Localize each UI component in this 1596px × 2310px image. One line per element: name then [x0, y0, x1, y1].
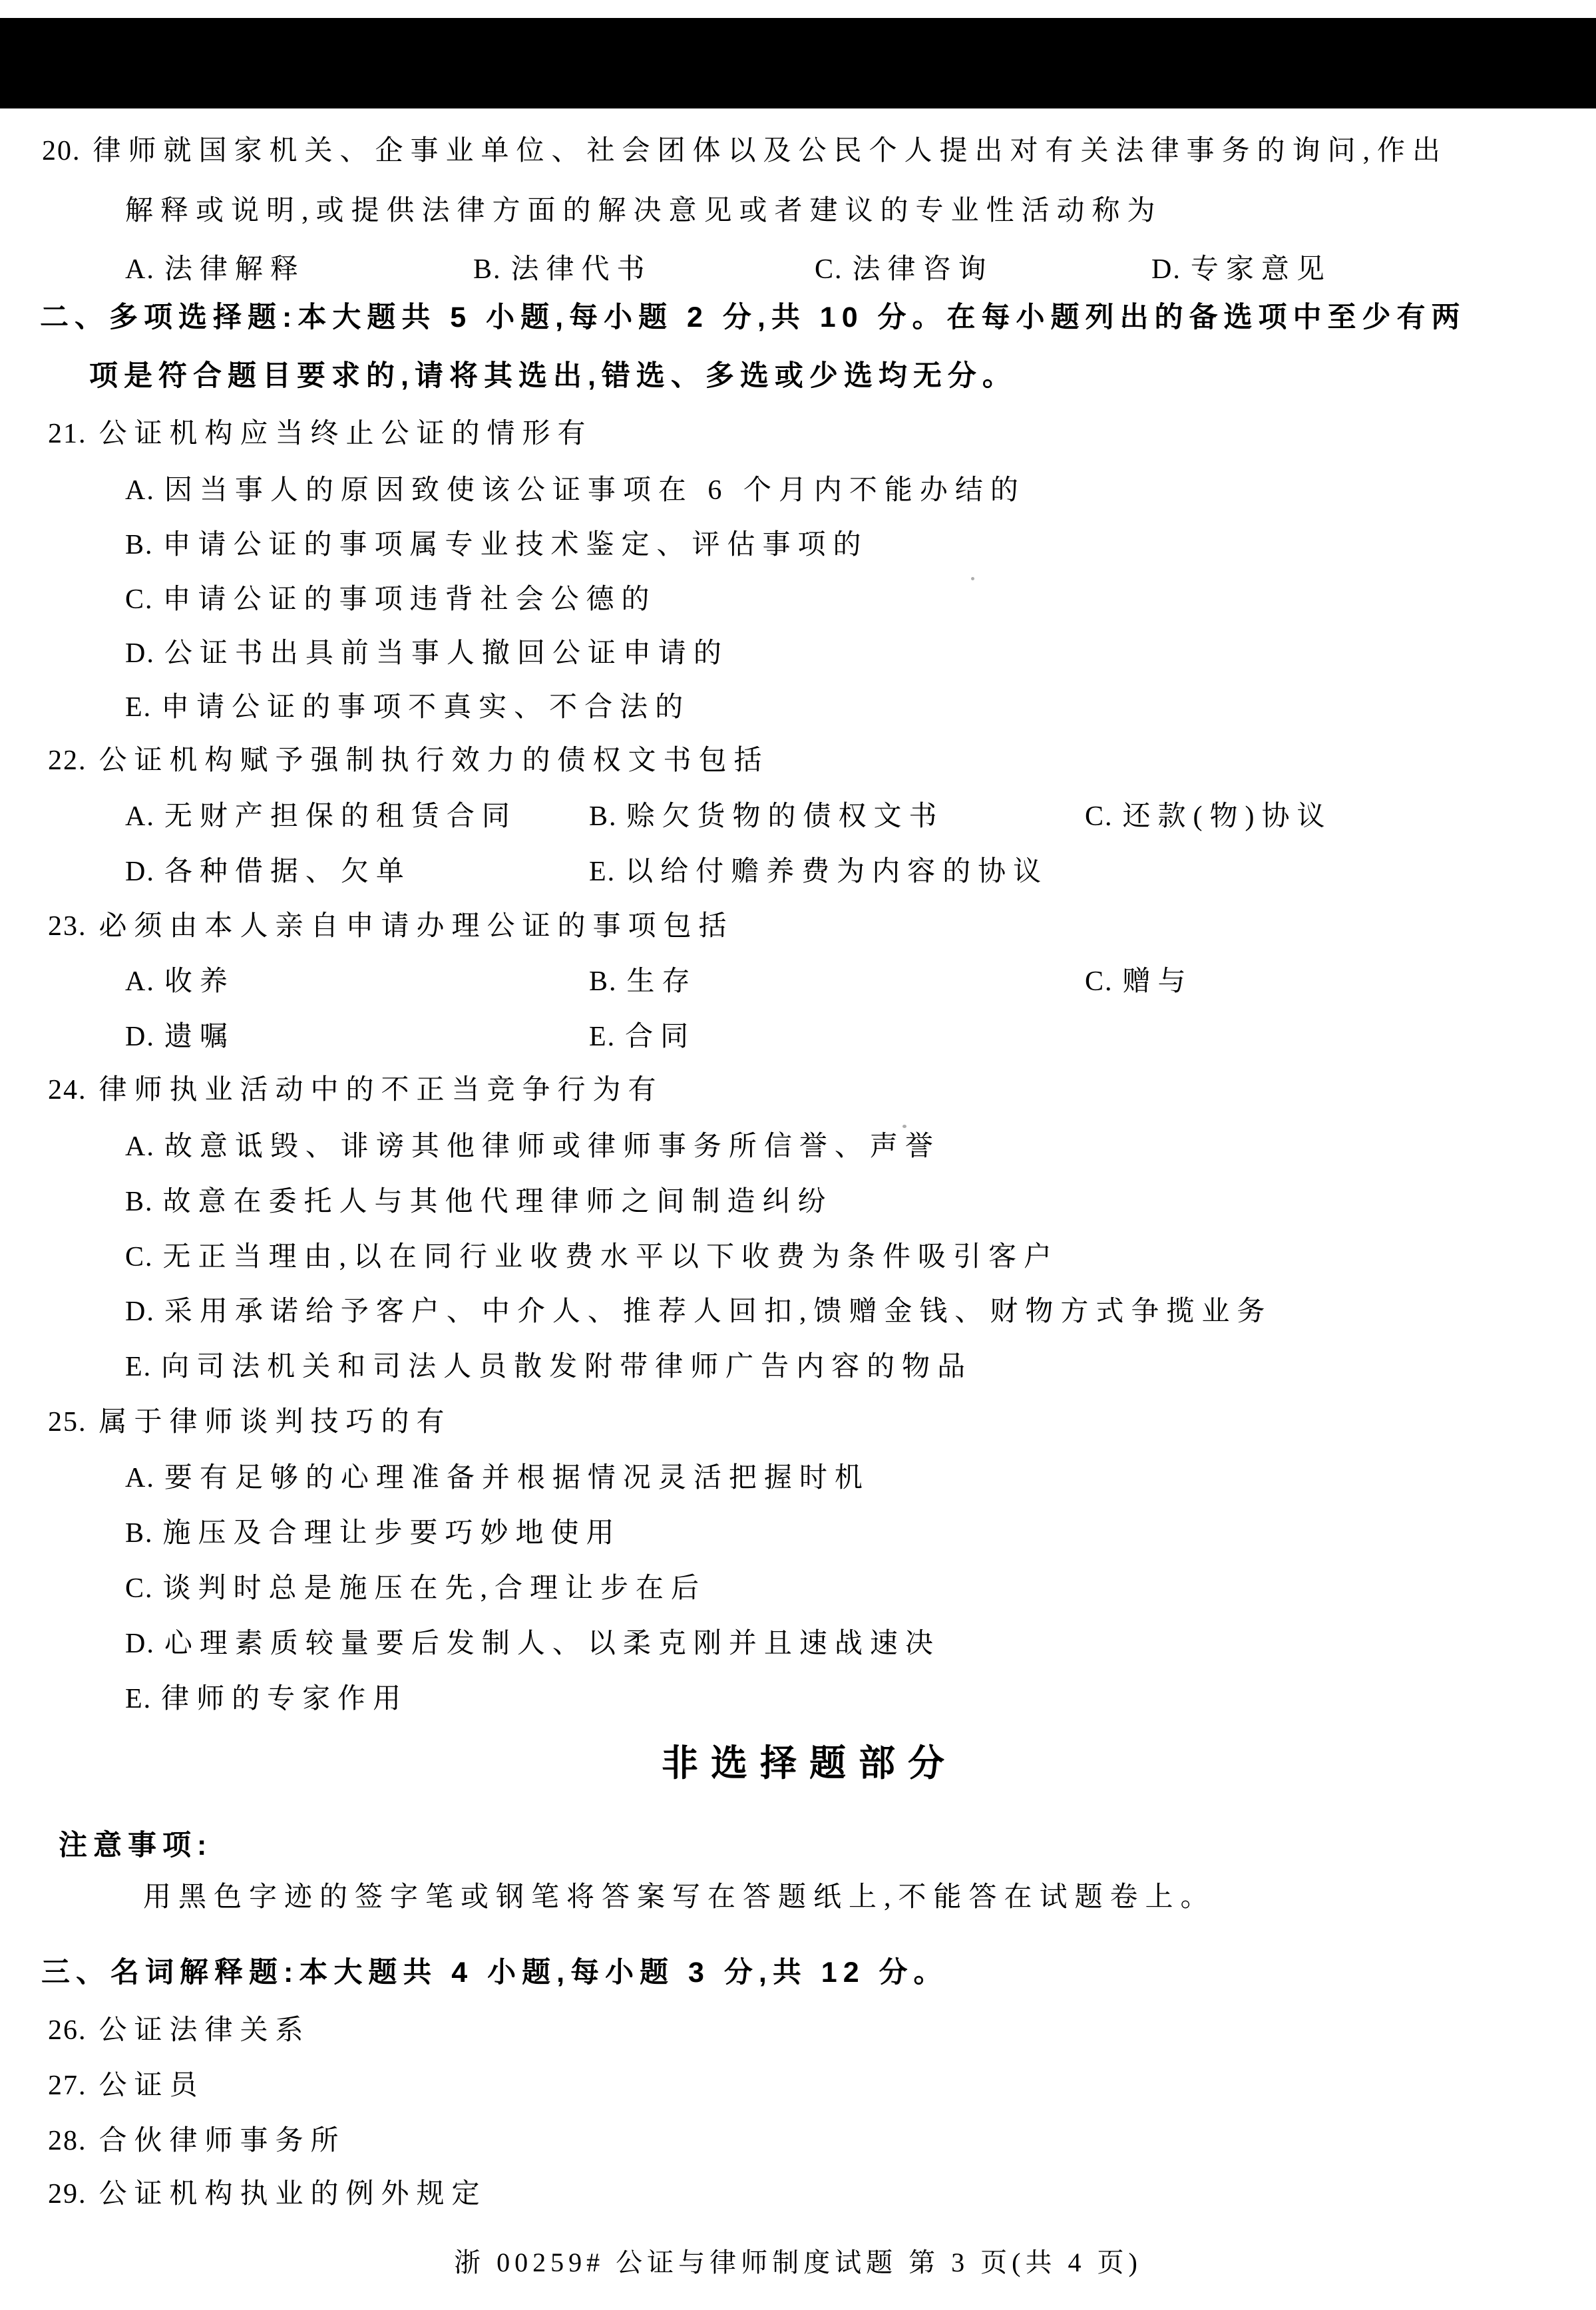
option-22-A: A. 无财产担保的租赁合同: [125, 801, 517, 833]
option-20-D: D. 专家意见: [1151, 254, 1332, 286]
section-3-header: 三、名词解释题:本大题共 4 小题,每小题 3 分,共 12 分。: [41, 1957, 948, 1989]
option-22-E: E. 以给付赡养费为内容的协议: [589, 856, 1048, 888]
question-26: 26. 公证法律关系: [48, 2015, 311, 2046]
nonselect-section-heading: 非选择题部分: [0, 1734, 1596, 1786]
option-23-C: C. 赠与: [1085, 966, 1193, 998]
option-24-A: A. 故意诋毁、诽谤其他律师或律师事务所信誉、声誉: [125, 1131, 940, 1163]
option-22-C: C. 还款(物)协议: [1085, 801, 1332, 833]
scan-speck: [902, 1125, 906, 1128]
option-20-C: C. 法律咨询: [815, 254, 994, 286]
redaction-bar: [0, 18, 1596, 108]
question-20-line1: 20. 律师就国家机关、企事业单位、社会团体以及公民个人提出对有关法律事务的询问…: [42, 135, 1448, 167]
question-20-line2: 解释或说明,或提供法律方面的解决意见或者建议的专业性活动称为: [125, 195, 1163, 227]
section-2-header-line1: 二、多项选择题:本大题共 5 小题,每小题 2 分,共 10 分。在每小题列出的…: [40, 301, 1466, 334]
option-21-B: B. 申请公证的事项属专业技术鉴定、评估事项的: [125, 529, 869, 561]
question-29: 29. 公证机构执业的例外规定: [48, 2178, 487, 2210]
option-20-B: B. 法律代书: [473, 254, 652, 286]
option-25-B: B. 施压及合理让步要巧妙地使用: [125, 1517, 622, 1549]
question-28: 28. 合伙律师事务所: [48, 2125, 346, 2157]
question-21: 21. 公证机构应当终止公证的情形有: [48, 418, 593, 450]
notice-label: 注意事项:: [59, 1829, 212, 1862]
option-21-E: E. 申请公证的事项不真实、不合法的: [125, 691, 690, 723]
option-23-B: B. 生存: [589, 966, 698, 998]
option-21-C: C. 申请公证的事项违背社会公德的: [125, 584, 657, 616]
scan-speck: [971, 577, 974, 580]
option-25-E: E. 律师的专家作用: [125, 1683, 408, 1715]
notice-text: 用黑色字迹的签字笔或钢笔将答案写在答题纸上,不能答在试题卷上。: [143, 1881, 1216, 1913]
option-25-C: C. 谈判时总是施压在先,合理让步在后: [125, 1573, 706, 1605]
page-footer: 浙 00259# 公证与律师制度试题 第 3 页(共 4 页): [0, 2241, 1596, 2279]
option-23-E: E. 合同: [589, 1021, 696, 1053]
option-25-D: D. 心理素质较量要后发制人、以柔克刚并且速战速决: [125, 1628, 940, 1660]
option-24-E: E. 向司法机关和司法人员散发附带律师广告内容的物品: [125, 1351, 972, 1383]
option-20-A: A. 法律解释: [125, 254, 305, 286]
exam-page: 20. 律师就国家机关、企事业单位、社会团体以及公民个人提出对有关法律事务的询问…: [0, 0, 1596, 2310]
question-20-number: 20.: [42, 135, 81, 167]
question-24: 24. 律师执业活动中的不正当竞争行为有: [48, 1074, 664, 1106]
option-21-A: A. 因当事人的原因致使该公证事项在 6 个月内不能办结的: [125, 475, 1026, 506]
option-25-A: A. 要有足够的心理准备并根据情况灵活把握时机: [125, 1462, 870, 1494]
option-22-B: B. 赊欠货物的债权文书: [589, 801, 944, 833]
option-24-B: B. 故意在委托人与其他代理律师之间制造纠纷: [125, 1186, 833, 1218]
option-23-A: A. 收养: [125, 966, 235, 998]
question-20-text: 律师就国家机关、企事业单位、社会团体以及公民个人提出对有关法律事务的询问,作出: [93, 135, 1448, 167]
section-2-header-line2: 项是符合题目要求的,请将其选出,错选、多选或少选均无分。: [89, 360, 1017, 393]
option-23-D: D. 遗嘱: [125, 1021, 235, 1053]
option-24-D: D. 采用承诺给予客户、中介人、推荐人回扣,馈赠金钱、财物方式争揽业务: [125, 1296, 1272, 1328]
option-22-D: D. 各种借据、欠单: [125, 856, 411, 888]
question-25: 25. 属于律师谈判技巧的有: [48, 1406, 452, 1438]
question-22: 22. 公证机构赋予强制执行效力的债权文书包括: [48, 745, 769, 777]
question-27: 27. 公证员: [48, 2070, 205, 2102]
option-24-C: C. 无正当理由,以在同行业收费水平以下收费为条件吸引客户: [125, 1241, 1059, 1273]
question-23: 23. 必须由本人亲自申请办理公证的事项包括: [48, 910, 734, 942]
option-21-D: D. 公证书出具前当事人撤回公证申请的: [125, 638, 729, 670]
